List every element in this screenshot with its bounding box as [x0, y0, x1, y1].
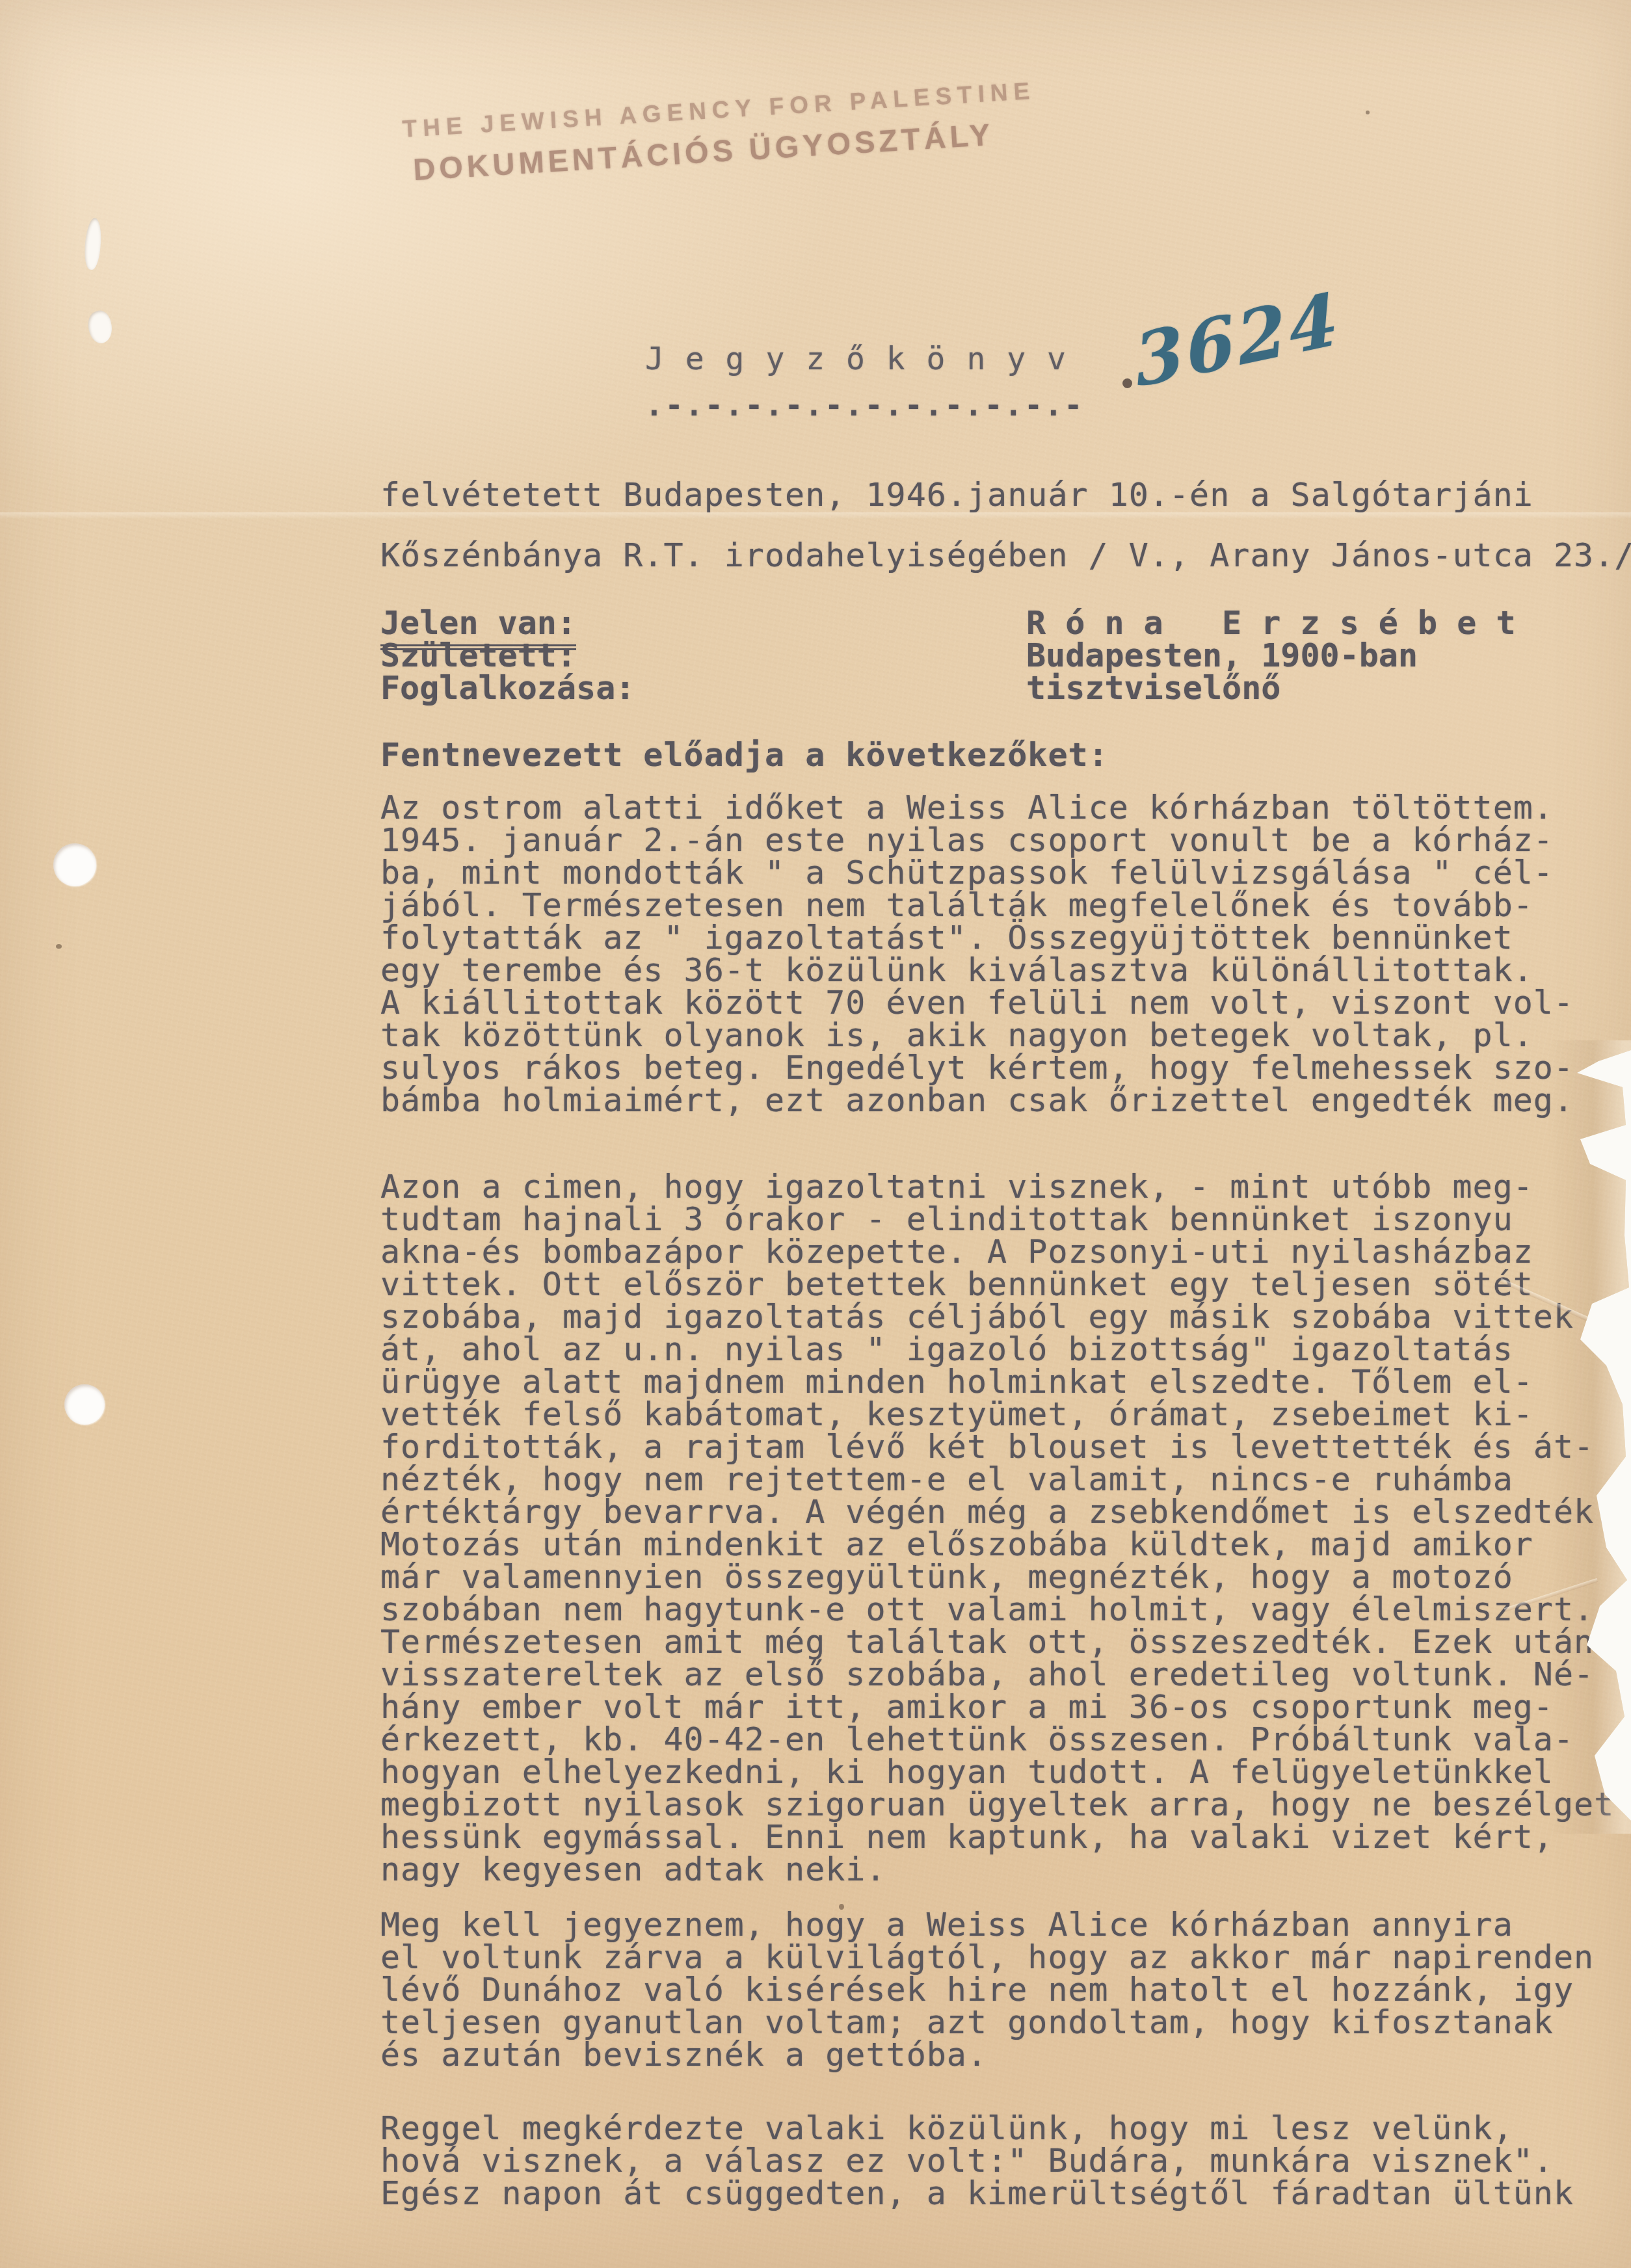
intro-line-1: felvétetett Budapesten, 1946.január 10.-…	[380, 476, 1533, 514]
text-line: Meg kell jegyeznem, hogy a Weiss Alice k…	[380, 1908, 1631, 1941]
text-line: hová visznek, a válasz ez volt:" Budára,…	[380, 2144, 1631, 2177]
text-line: értéktárgy bevarrva. A végén még a zsebk…	[380, 1496, 1631, 1528]
text-line: vették felső kabátomat, kesztyümet, órám…	[380, 1398, 1631, 1431]
field-label-occupation: Foglalkozása:	[380, 669, 635, 707]
text-line: teljesen gyanutlan voltam; azt gondoltam…	[380, 2006, 1631, 2038]
punch-hole	[64, 1384, 105, 1425]
text-line: lévő Dunához való kisérések hire nem hat…	[380, 1973, 1631, 2006]
paper-speck	[1366, 111, 1370, 114]
text-line: egy terembe és 36-t közülünk kiválasztva…	[380, 954, 1631, 986]
text-line: és azután bevisznék a gettóba.	[380, 2038, 1631, 2071]
agency-stamp: THE JEWISH AGENCY FOR PALESTINE DOKUMENT…	[401, 79, 1003, 188]
paper-speck	[56, 944, 62, 949]
text-line: érkezett, kb. 40-42-en lehettünk összese…	[380, 1723, 1631, 1756]
text-line: A kiállitottak között 70 éven felüli nem…	[380, 986, 1631, 1019]
text-line: nagy kegyesen adtak neki.	[380, 1853, 1631, 1886]
punch-hole	[53, 843, 96, 886]
text-line: ürügye alatt majdnem minden holminkat el…	[380, 1365, 1631, 1398]
field-value-occupation: tisztviselőnő	[1026, 669, 1280, 707]
paper-crease	[0, 512, 1631, 519]
testimony-paragraph-2: Azon a cimen, hogy igazoltatni visznek, …	[380, 1170, 1631, 1886]
handwritten-number: 3624	[1131, 276, 1345, 404]
text-line: tudtam hajnali 3 órakor - elinditottak b…	[380, 1203, 1631, 1235]
text-line: hány ember volt már itt, amikor a mi 36-…	[380, 1691, 1631, 1723]
edge-tear	[85, 308, 115, 345]
text-line: 1945. január 2.-án este nyilas csoport v…	[380, 824, 1631, 856]
text-line: hogyan elhelyezkedni, ki hogyan tudott. …	[380, 1756, 1631, 1788]
ink-dot	[1122, 378, 1132, 388]
text-line: már valamennyien összegyültünk, megnézté…	[380, 1561, 1631, 1593]
edge-tear	[83, 217, 103, 270]
text-line: hessünk egymással. Enni nem kaptunk, ha …	[380, 1821, 1631, 1853]
text-line: Reggel megkérdezte valaki közülünk, hogy…	[380, 2112, 1631, 2144]
document-title: J e g y z ő k ö n y v	[645, 341, 1067, 377]
text-line: Motozás után mindenkit az előszobába kül…	[380, 1528, 1631, 1561]
text-line: Azon a cimen, hogy igazoltatni visznek, …	[380, 1170, 1631, 1203]
text-line: vittek. Ott először betettek bennünket e…	[380, 1268, 1631, 1300]
text-line: el voltunk zárva a külvilágtól, hogy az …	[380, 1941, 1631, 1973]
testimony-paragraph-1: Az ostrom alatti időket a Weiss Alice kó…	[380, 791, 1631, 1116]
title-underline: .-.-.-.-.-.-.-.-.-.-.-	[645, 388, 1084, 423]
text-line: szobába, majd igazoltatás céljából egy m…	[380, 1300, 1631, 1333]
text-line: át, ahol az u.n. nyilas " igazoló bizott…	[380, 1333, 1631, 1365]
text-line: visszatereltek az első szobába, ahol ere…	[380, 1658, 1631, 1691]
text-line: szobában nem hagytunk-e ott valami holmi…	[380, 1593, 1631, 1626]
text-line: megbizott nyilasok szigoruan ügyeltek ar…	[380, 1788, 1631, 1821]
text-line: Természetesen amit még találtak ott, öss…	[380, 1626, 1631, 1658]
text-line: jából. Természetesen nem találták megfel…	[380, 889, 1631, 921]
paper-sheet: THE JEWISH AGENCY FOR PALESTINE DOKUMENT…	[0, 0, 1631, 2268]
testimony-paragraph-4: Reggel megkérdezte valaki közülünk, hogy…	[380, 2112, 1631, 2209]
text-line: sulyos rákos beteg. Engedélyt kértem, ho…	[380, 1051, 1631, 1084]
text-line: folytatták az " igazoltatást". Összegyüj…	[380, 921, 1631, 954]
text-line: forditották, a rajtam lévő két blouset i…	[380, 1431, 1631, 1463]
text-line: akna-és bombazápor közepette. A Pozsonyi…	[380, 1235, 1631, 1268]
testimony-paragraph-3: Meg kell jegyeznem, hogy a Weiss Alice k…	[380, 1908, 1631, 2071]
text-line: Az ostrom alatti időket a Weiss Alice kó…	[380, 791, 1631, 824]
statement-intro-line: Fentnevezett előadja a következőket:	[380, 736, 1109, 774]
text-line: bámba holmiaimért, ezt azonban csak őriz…	[380, 1084, 1631, 1116]
scanned-document-page: { "colors": { "paper": "#e6cda9", "ink":…	[0, 0, 1631, 2268]
intro-line-2: Kőszénbánya R.T. irodahelyiségében / V.,…	[380, 536, 1631, 574]
text-line: ba, mint mondották " a Schützpassok felü…	[380, 856, 1631, 889]
torn-edge-shading	[1546, 1040, 1631, 1834]
paper-speck	[839, 1904, 844, 1910]
text-line: Egész napon át csüggedten, a kimerültség…	[380, 2177, 1631, 2209]
text-line: nézték, hogy nem rejtettem-e el valamit,…	[380, 1463, 1631, 1496]
text-line: tak közöttünk olyanok is, akik nagyon be…	[380, 1019, 1631, 1051]
